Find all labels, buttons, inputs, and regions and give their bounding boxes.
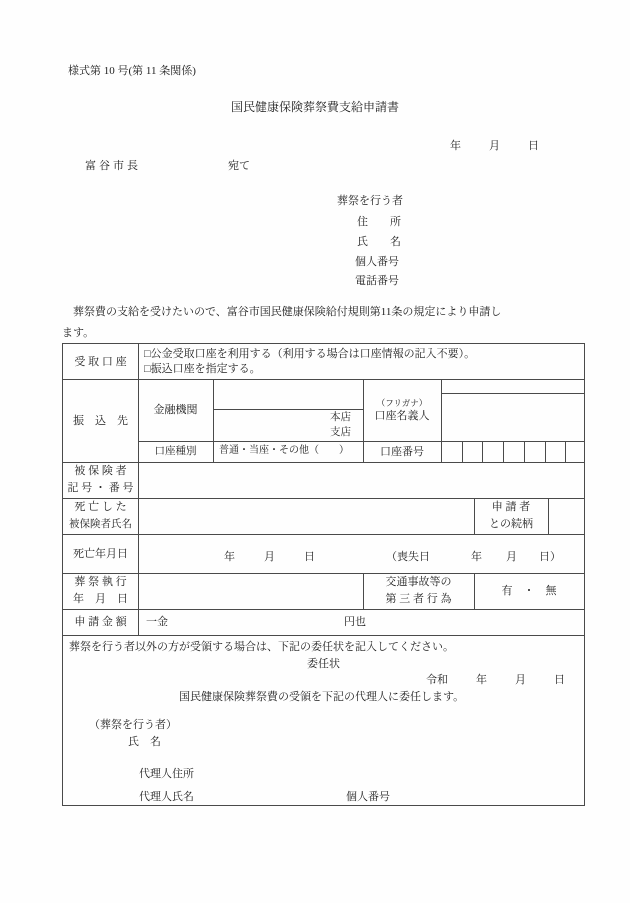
third-party-yes-no: 有 ・ 無 xyxy=(474,573,584,609)
death-date-year-label: 年 xyxy=(224,550,235,564)
relation-to-applicant-label: 申 請 者 との続柄 xyxy=(474,498,548,534)
applicant-heading: 葬祭を行う者 xyxy=(337,194,403,208)
amount-suffix: 円也 xyxy=(344,615,366,629)
era-label: 令和 xyxy=(426,673,448,687)
account-number-label: 口座番号 xyxy=(363,441,441,462)
header-date-month-label: 月 xyxy=(489,139,500,153)
proxy-performer-label: （葬祭を行う者） xyxy=(89,718,177,732)
insured-label-line2: 記 号 ・ 番 号 xyxy=(68,480,134,497)
table-line xyxy=(63,609,584,610)
receipt-account-option-public: □公金受取口座を利用する（利用する場合は口座情報の記入不要）。 xyxy=(144,347,475,362)
branch-options: 本店 支店 xyxy=(213,409,351,441)
declaration-line1: 葬祭費の支給を受けたいので、富谷市国民健康保険給付規則第11条の規定により申請し xyxy=(62,305,501,319)
account-number-box-line xyxy=(565,441,566,462)
era-day-label: 日 xyxy=(554,673,565,687)
proxy-body: 国民健康保険葬祭費の受領を下記の代理人に委任します。 xyxy=(179,690,464,704)
financial-institution-text: 金融機関 xyxy=(154,403,198,417)
loss-date-label: （喪失日 xyxy=(386,550,430,564)
application-form-page: 様式第 10 号(第 11 条関係) 国民健康保険葬祭費支給申請書 年 月 日 … xyxy=(0,0,630,903)
proxy-title: 委任状 xyxy=(63,657,584,671)
account-number-label-text: 口座番号 xyxy=(380,445,424,459)
applicant-name-label: 氏 名 xyxy=(357,235,401,249)
table-line xyxy=(63,635,584,636)
account-number-box-line xyxy=(524,441,525,462)
funeral-date-row-label: 葬 祭 執 行 年 月 日 xyxy=(63,573,138,609)
amount-prefix: 一金 xyxy=(146,615,168,629)
agent-address-label: 代理人住所 xyxy=(139,767,194,781)
loss-date-year-label: 年 xyxy=(471,550,482,564)
proxy-note: 葬祭を行う者以外の方が受領する場合は、下記の委任状を記入してください。 xyxy=(69,640,454,654)
era-year-label: 年 xyxy=(476,673,487,687)
third-party-act-label: 交通事故等の 第 三 者 行 為 xyxy=(363,573,474,609)
death-date-month-label: 月 xyxy=(264,550,275,564)
account-type-label-text: 口座種別 xyxy=(155,445,197,459)
death-date-day-label: 日 xyxy=(304,550,315,564)
deceased-label-line2: 被保険者氏名 xyxy=(69,516,132,533)
header-date-day-label: 日 xyxy=(528,139,539,153)
deceased-label-line1: 死 亡 し た xyxy=(74,499,126,516)
table-line xyxy=(548,498,549,534)
account-number-box-line xyxy=(545,441,546,462)
transfer-row-label: 振 込 先 xyxy=(63,379,138,462)
form-title: 国民健康保険葬祭費支給申請書 xyxy=(0,100,630,114)
receipt-account-row-label: 受 取 口 座 xyxy=(63,344,138,379)
account-type-label: 口座種別 xyxy=(138,441,213,462)
receipt-account-option-designate: □振込口座を指定する。 xyxy=(144,362,261,377)
amount-row-label: 申 請 金 額 xyxy=(63,609,138,635)
header-date-line: 年 月 日 xyxy=(450,139,539,153)
relation-label-line1: 申 請 者 xyxy=(492,499,531,516)
account-type-options: 普通・当座・その他（ ） xyxy=(219,444,349,458)
head-office-label: 本店 xyxy=(330,410,351,425)
account-number-box-line xyxy=(462,441,463,462)
amount-label-text: 申 請 金 額 xyxy=(74,615,126,629)
applicant-personal-number-label: 個人番号 xyxy=(355,255,399,269)
financial-institution-label: 金融機関 xyxy=(138,379,213,441)
proxy-era-date-line: 令和 年 月 日 xyxy=(426,673,565,687)
form-number: 様式第 10 号(第 11 条関係) xyxy=(68,64,196,78)
loss-date-day-label: 日） xyxy=(539,550,561,564)
addressee-suffix: 宛て xyxy=(228,159,250,173)
third-party-line1: 交通事故等の xyxy=(386,574,452,591)
application-table: 受 取 口 座 □公金受取口座を利用する（利用する場合は口座情報の記入不要）。 … xyxy=(62,343,585,806)
funeral-date-label-line1: 葬 祭 執 行 xyxy=(74,574,126,591)
transfer-label-text: 振 込 先 xyxy=(73,414,128,428)
account-number-box-line xyxy=(482,441,483,462)
proxy-performer-name-label: 氏 名 xyxy=(128,735,161,749)
branch-office-label: 支店 xyxy=(330,425,351,440)
receipt-account-label-text: 受 取 口 座 xyxy=(74,355,126,369)
death-date-row-label: 死亡年月日 xyxy=(63,534,138,573)
agent-personal-number-label: 個人番号 xyxy=(346,790,390,804)
holder-label-text: 口座名義人 xyxy=(375,409,430,423)
table-line xyxy=(441,379,442,462)
table-line xyxy=(63,462,584,463)
furigana-label: （フリガナ） xyxy=(377,398,428,409)
yes-no-text: 有 ・ 無 xyxy=(502,584,557,598)
relation-label-line2: との続柄 xyxy=(489,516,533,533)
death-date-label-text: 死亡年月日 xyxy=(73,547,128,561)
table-line xyxy=(63,534,584,535)
account-holder-label: （フリガナ） 口座名義人 xyxy=(363,379,441,441)
account-number-box-line xyxy=(503,441,504,462)
table-line xyxy=(441,393,584,394)
insured-symbol-number-label: 被 保 険 者 記 号 ・ 番 号 xyxy=(63,462,138,498)
insured-label-line1: 被 保 険 者 xyxy=(74,463,126,480)
era-month-label: 月 xyxy=(515,673,526,687)
deceased-insured-name-label: 死 亡 し た 被保険者氏名 xyxy=(63,498,138,534)
applicant-address-label: 住 所 xyxy=(357,215,401,229)
applicant-phone-label: 電話番号 xyxy=(355,274,399,288)
third-party-line2: 第 三 者 行 為 xyxy=(386,591,452,608)
header-date-year-label: 年 xyxy=(450,139,461,153)
addressee: 富谷市長 xyxy=(85,159,141,173)
funeral-date-label-line2: 年 月 日 xyxy=(73,591,128,608)
agent-name-label: 代理人氏名 xyxy=(139,790,194,804)
declaration-line2: ます。 xyxy=(62,326,94,340)
loss-date-month-label: 月 xyxy=(506,550,517,564)
